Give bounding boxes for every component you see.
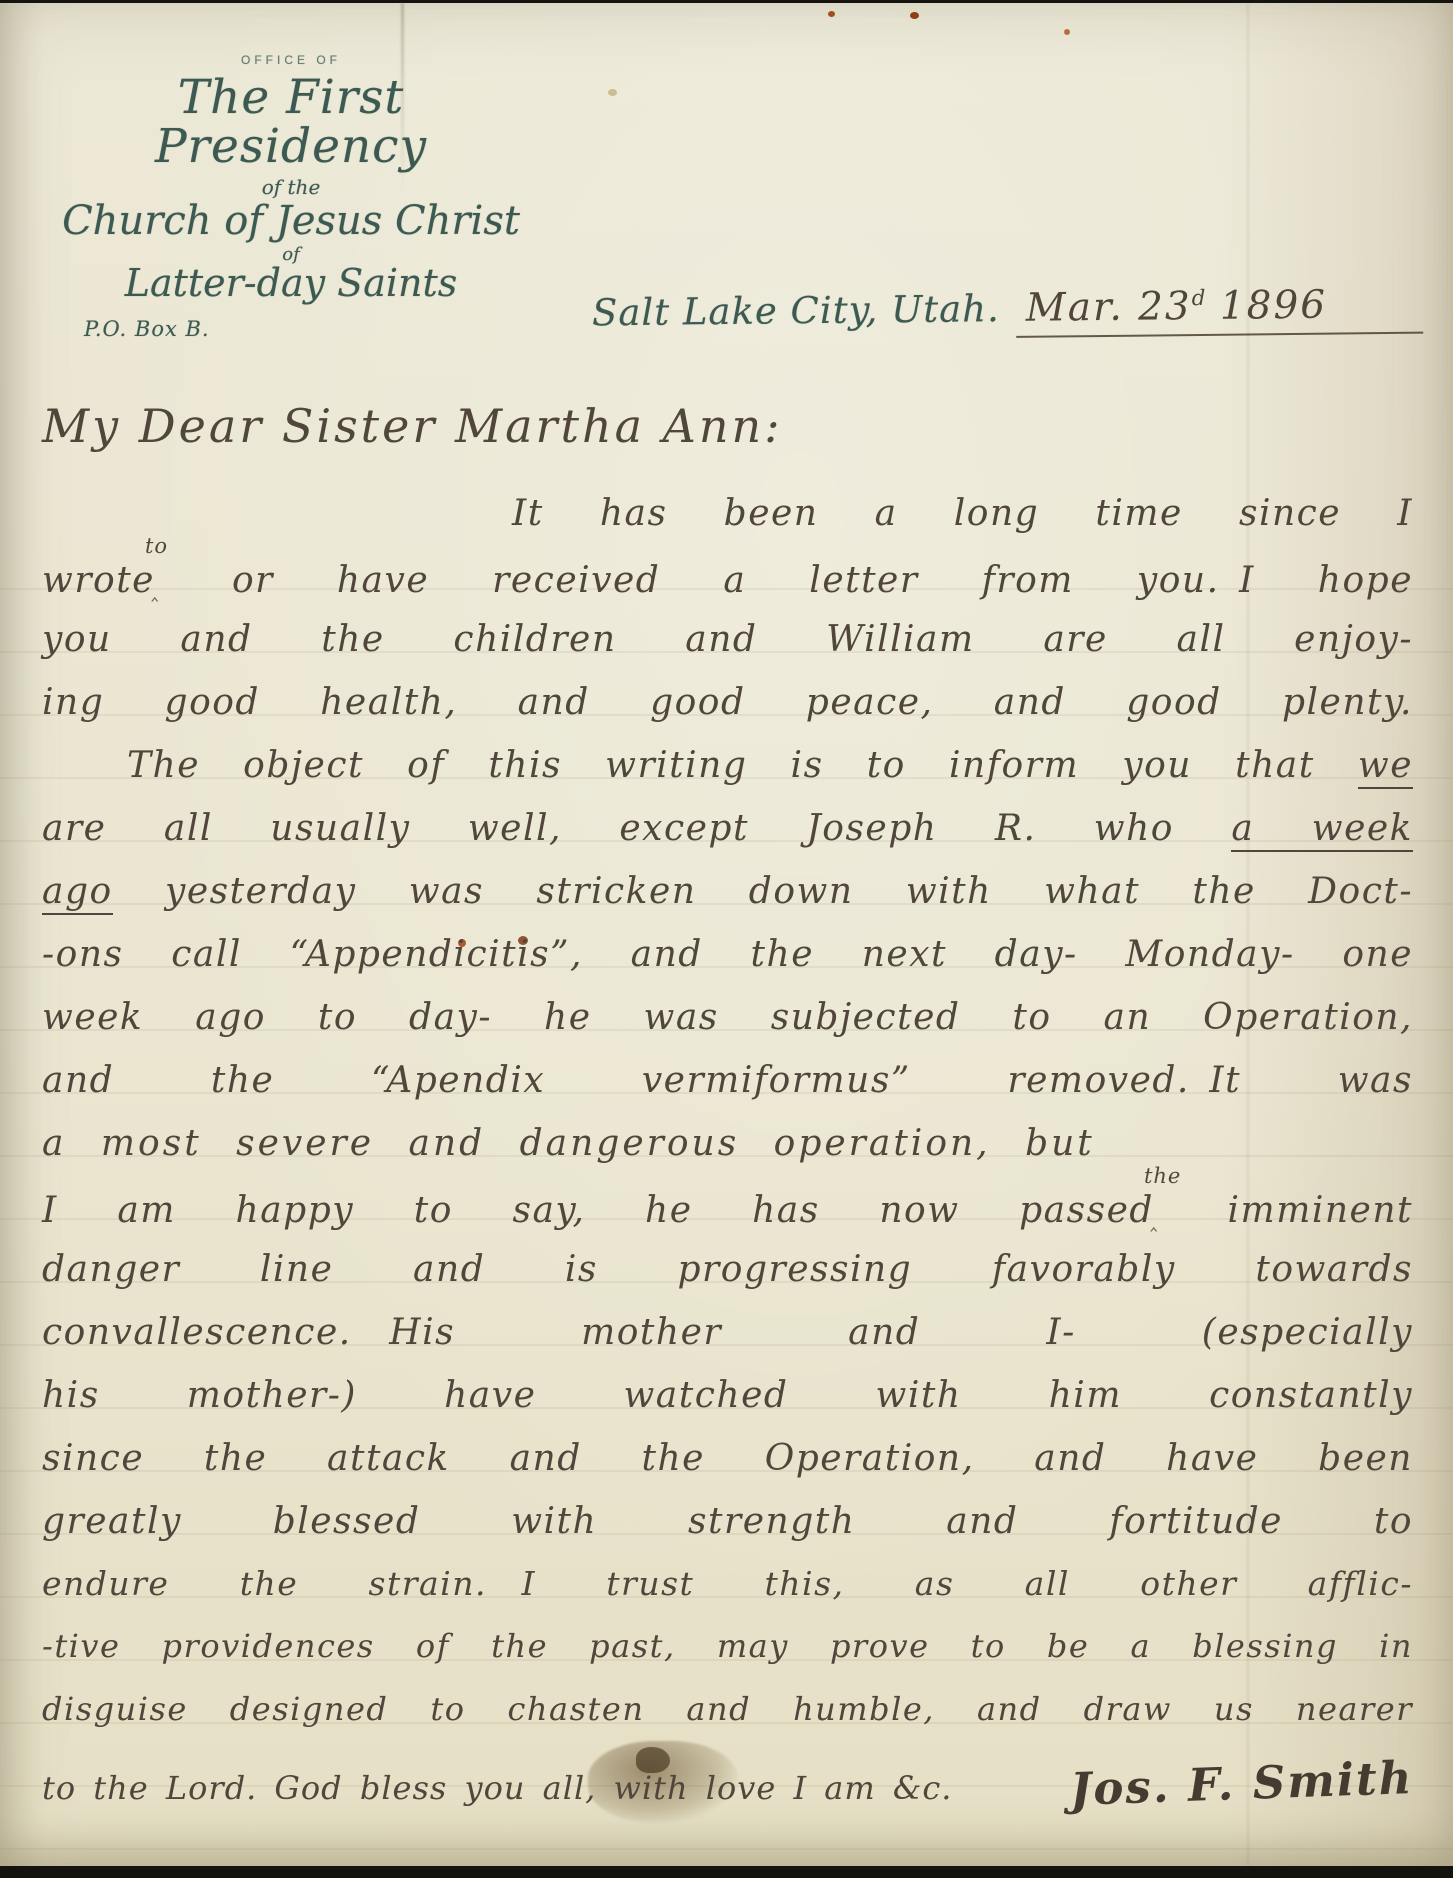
letter-line-3: you and the children and William are all… bbox=[42, 619, 1413, 682]
salutation: My Dear Sister Martha Ann: bbox=[42, 399, 1413, 493]
letter-line-4: ing good health, and good peace, and goo… bbox=[42, 682, 1413, 745]
letter-line-19: -tive providences of the past, may prove… bbox=[42, 1627, 1413, 1690]
closing-row: to the Lord. God bless you all, with lov… bbox=[42, 1757, 1413, 1810]
po-box-label: P.O. Box B. bbox=[84, 317, 210, 341]
letter-line-8: -ons call “Appendicitis”, and the next d… bbox=[42, 934, 1413, 997]
dateline-place: Salt Lake City, Utah. bbox=[592, 287, 1000, 334]
letter-line-6: are all usually well, except Joseph R. w… bbox=[42, 808, 1413, 871]
letterhead-first-presidency: The First Presidency bbox=[52, 73, 530, 172]
letter-page: OFFICE OF The First Presidency of the Ch… bbox=[0, 3, 1453, 1866]
letter-line-2: wroteto or have received a letter from y… bbox=[42, 556, 1413, 619]
letter-line-11: a most severe and dangerous operation, b… bbox=[42, 1123, 1413, 1186]
letter-line-14: convallescence. His mother and I- (espec… bbox=[42, 1312, 1413, 1375]
letter-line-12: I am happy to say, he has now passedthe … bbox=[42, 1186, 1413, 1249]
letter-line-16: since the attack and the Operation, and … bbox=[42, 1438, 1413, 1501]
stain bbox=[1064, 29, 1070, 35]
signature: Jos. F. Smith bbox=[1069, 1751, 1414, 1816]
letter-line-17: greatly blessed with strength and fortit… bbox=[42, 1501, 1413, 1564]
letter-line-10: and the “Apendix vermiformus” removed. I… bbox=[42, 1060, 1413, 1123]
letter-line-15: his mother-) have watched with him const… bbox=[42, 1375, 1413, 1438]
letter-body: My Dear Sister Martha Ann: It has been a… bbox=[42, 399, 1413, 1810]
letterhead-latter-day-saints: Latter-day Saints bbox=[52, 264, 530, 304]
letter-line-13: danger line and is progressing favorably… bbox=[42, 1249, 1413, 1312]
letterhead-office-of: OFFICE OF bbox=[52, 53, 530, 67]
stain bbox=[608, 89, 617, 96]
closing-text: to the Lord. God bless you all, with lov… bbox=[42, 1769, 952, 1807]
letter-line-1: It has been a long time since I bbox=[42, 493, 1413, 556]
dateline-date: Mar. 23d 1896 bbox=[1016, 282, 1424, 338]
letterhead-of-the: of the bbox=[52, 176, 530, 198]
letter-body-lines: It has been a long time since Iwroteto o… bbox=[42, 493, 1413, 1753]
letterhead-church-name: Church of Jesus Christ bbox=[52, 200, 530, 242]
letter-line-7: ago yesterday was stricken down with wha… bbox=[42, 871, 1413, 934]
stain bbox=[828, 11, 835, 17]
letter-line-18: endure the strain. I trust this, as all … bbox=[42, 1564, 1413, 1627]
letter-line-20: disguise designed to chasten and humble,… bbox=[42, 1690, 1413, 1753]
stain bbox=[910, 12, 919, 19]
letter-line-9: week ago to day- he was subjected to an … bbox=[42, 997, 1413, 1060]
dateline: Salt Lake City, Utah. Mar. 23d 1896 bbox=[592, 282, 1423, 343]
letterhead: OFFICE OF The First Presidency of the Ch… bbox=[52, 53, 530, 304]
letter-line-5: The object of this writing is to inform … bbox=[42, 745, 1413, 808]
